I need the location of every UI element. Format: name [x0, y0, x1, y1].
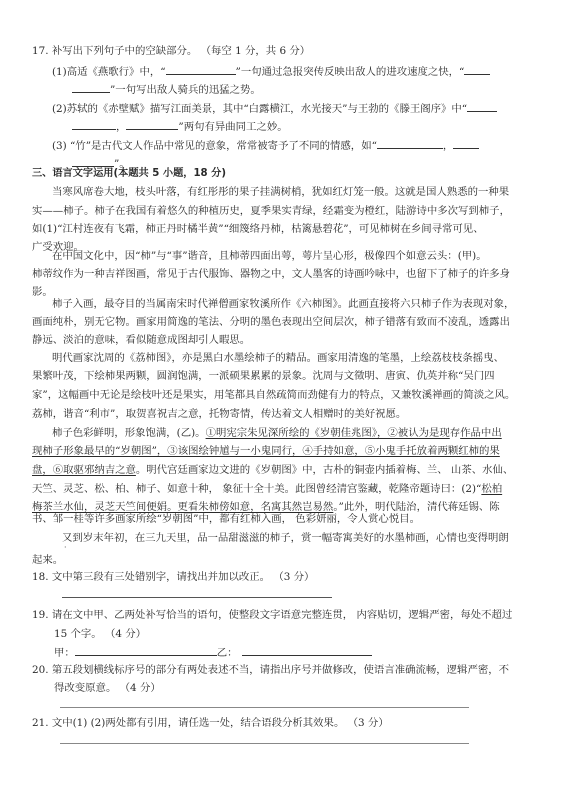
q17-blank-3a[interactable]	[467, 101, 497, 112]
passage-p2-line2: 柿蒂纹作为一种吉祥图画，常见于古代服饰、器物之中，文人墨客的诗画吟咏中，也留下了…	[32, 267, 510, 281]
q19-answer-yi[interactable]	[242, 645, 372, 656]
passage-p4-line3: 家”，这幅画中无论是绘枝叶还是果实，用笔都具自然疏简而劲健有力的特点，又兼牧溪禅…	[32, 388, 515, 402]
passage-p4-line2: 果繁叶茂，下绘柿果两颗，圆润饱满，一派硕果累累的景象。沈周与文徵明、唐寅、仇英并…	[32, 369, 495, 383]
q20-answer-line[interactable]	[60, 707, 469, 708]
q17-item2-line1: (2)苏轼的《赤壁赋》描写江面美景，其中“白露横江，水光接天”与王勃的《滕王阁序…	[52, 101, 497, 116]
q17-item2-line2: ，”两句有异曲同工之妙。	[72, 119, 288, 134]
passage-p3-line2: 画面纯朴，别无它物。画家用简逸的笔法、分明的墨色表现出空间层次，柿子错落有致而不…	[32, 315, 510, 329]
passage-p5-line2: 现柿子形象最早的“岁朝图”，③该图绘钟馗与一小鬼同行，④手持如意，⑤小鬼手托放着…	[32, 444, 500, 458]
q20-prompt-line2: 得改变原意。 （4 分）	[54, 681, 161, 695]
passage-p1-line2: 实——柿子。柿子在我国有着悠久的种植历史，夏季果实青绿，经霜变为橙红，陆游诗中多…	[32, 204, 510, 218]
passage-p3-line1: 柿子入画，最夺目的当属南宋时代禅僧画家牧溪所作《六柿图》。此画直接将六只柿子作为…	[52, 297, 514, 311]
passage-p6-line1: 又到岁末年初，在三九天里，品一品甜滋滋的柿子，赏一幅寄寓美好的水墨柿画，心情也变…	[62, 531, 509, 545]
q17-item1-mid: ”一句通过急报突传反映出敌人的进攻速度之快，“	[236, 66, 465, 78]
q17-blank-2b[interactable]	[72, 82, 110, 93]
q17-title: 17. 补写出下列句子中的空缺部分。 （每空 1 分，共 6 分）	[32, 44, 310, 58]
q18-answer-line[interactable]	[62, 597, 332, 598]
q17-item3-line1: (3) “竹”是古代文人作品中常见的意象，常常被寄予了不同的情感，如“，	[52, 138, 479, 153]
p5-underlined-segment: 松柏	[481, 483, 502, 495]
passage-p5-line4: 天竺、灵芝、松、柏、柿子、如意十种， 象征十全十美。此图曾经清宫鉴藏，乾隆帝题诗…	[32, 482, 502, 496]
q17-blank-3b[interactable]	[72, 119, 116, 130]
q17-item1-line2: ”一句写出敌人骑兵的迅猛之势。	[72, 82, 261, 97]
passage-p6-line2: 起来。	[32, 553, 63, 567]
p5-underlined-segment: 盘，⑥取驱邪纳吉之意	[32, 464, 136, 476]
passage-p5-line1: 柿子色彩鲜明，形象饱满，(乙)。①明宪宗朱见深所绘的《岁朝佳兆图》，②被认为是现…	[52, 426, 502, 440]
passage-p1-line3: 如(1)“江村连夜有飞霜，柿正丹时橘半黄”“细篾络丹柿，枯篱悬碧花”，可见柿树在…	[32, 222, 484, 236]
q17-blank-5[interactable]	[377, 138, 443, 149]
p5-text: 天竺、灵芝、松、柏、柿子、如意十种， 象征十全十美。此图曾经清宫鉴藏，乾隆帝题诗…	[32, 483, 481, 495]
q17-item3-sep: ，	[443, 140, 453, 152]
q19-label-yi: 乙：	[217, 647, 238, 659]
exam-page: 17. 补写出下列句子中的空缺部分。 （每空 1 分，共 6 分） (1)高适《…	[0, 0, 574, 802]
q17-item1-prompt: (1)高适《燕歌行》中，“	[52, 66, 166, 78]
q21-prompt: 21. 文中(1) (2)两处都有引用，请任选一处，结合语段分析其效果。 （3 …	[32, 716, 389, 730]
section-3-heading: 三、语言文字运用(本题共 5 小题，18 分)	[32, 167, 226, 181]
q19-label-jia: 甲：	[54, 647, 75, 659]
p5-text: 。明代宫廷画家边文进的《岁朝图》中，古朴的铜壶内插着梅、兰、 山茶、水仙、	[136, 464, 513, 476]
q17-item2-prompt: (2)苏轼的《赤壁赋》描写江面美景，其中“白露横江，水光接天”与王勃的《滕王阁序…	[52, 103, 467, 115]
q19-prompt-line2: 15 个字。 （4 分）	[54, 627, 146, 641]
q17-blank-6b[interactable]	[72, 156, 114, 167]
q17-item3-prompt: (3) “竹”是古代文人作品中常见的意象，常常被寄予了不同的情感，如“	[52, 140, 377, 152]
p5-underlined-segment: ①明宪宗朱见深所绘的《岁朝佳兆图》，②被认为是现	[206, 427, 450, 439]
passage-p5-line3: 盘，⑥取驱邪纳吉之意。明代宫廷画家边文进的《岁朝图》中，古朴的铜壶内插着梅、兰、…	[32, 463, 513, 477]
passage-p1-line1: 当寒风席卷大地，枝头叶落，有红彤彤的果子挂满树梢，犹如红灯笼一般。这就是国人熟悉…	[52, 185, 509, 199]
passage-p2-line3: 影。	[32, 285, 53, 299]
q17-item1-line1: (1)高适《燕歌行》中，“”一句通过急报突传反映出敌人的进攻速度之快，“	[52, 64, 490, 79]
q19-prompt-line1: 19. 请在文中甲、乙两处补写恰当的语句，使整段文字语意完整连贯， 内容贴切，逻…	[32, 608, 512, 622]
q20-prompt-line1: 20. 第五段划横线标序号的部分有两处表述不当，请指出序号并做修改，使语言准确流…	[32, 663, 509, 677]
p5-underlined-segment: 现柿子形象最早的“岁朝图”，③该图绘钟馗与一小鬼同行，④手持如意，⑤小鬼手托放着…	[32, 445, 500, 457]
passage-p2-line1: 在中国文化中，因“柿”与“事”谐音，且柿蒂四面出萼，萼片呈心形，极像四个如意云头…	[52, 249, 487, 263]
q21-answer-line[interactable]	[60, 743, 469, 744]
passage-p3-line3: 静远、淡泊的意味，看似随意成图却引人暇思。	[32, 333, 250, 347]
q17-item2-sep: ，	[116, 121, 126, 133]
q18-prompt: 18. 文中第三段有三处错别字，请找出并加以改正。 （3 分）	[32, 570, 314, 584]
q19-answer-row: 甲：乙：	[54, 645, 372, 660]
passage-p4-line4: 荔柿，谐音“利市”，取贺喜祝吉之意，托物寄情，传达着文人相赠时的美好祝愿。	[32, 407, 406, 421]
q17-blank-4[interactable]	[126, 119, 178, 130]
scan-mark: ·	[64, 543, 67, 552]
p5-text: 柿子色彩鲜明，形象饱满，(乙)。	[52, 427, 206, 439]
q17-blank-2a[interactable]	[464, 64, 490, 75]
q17-item1-tail: ”一句写出敌人骑兵的迅猛之势。	[110, 84, 261, 96]
passage-p5-line6: 书、邹一桂等许多画家所绘“岁朝图”中，都有红柿入画， 色彩妍丽，令人赏心悦目。	[32, 512, 420, 526]
q17-blank-1[interactable]	[166, 64, 236, 75]
p5-text: 存	[450, 427, 460, 439]
q19-answer-jia[interactable]	[75, 645, 217, 656]
passage-p4-line1: 明代画家沈周的《荔柿图》，亦是黑白水墨绘柿子的精品。画家用清逸的笔墨，上绘荔枝枝…	[52, 351, 504, 365]
p5-underlined-segment: 作品中出	[460, 427, 502, 439]
q17-item2-tail: ”两句有异曲同工之妙。	[178, 121, 287, 133]
q17-blank-6a[interactable]	[453, 138, 479, 149]
